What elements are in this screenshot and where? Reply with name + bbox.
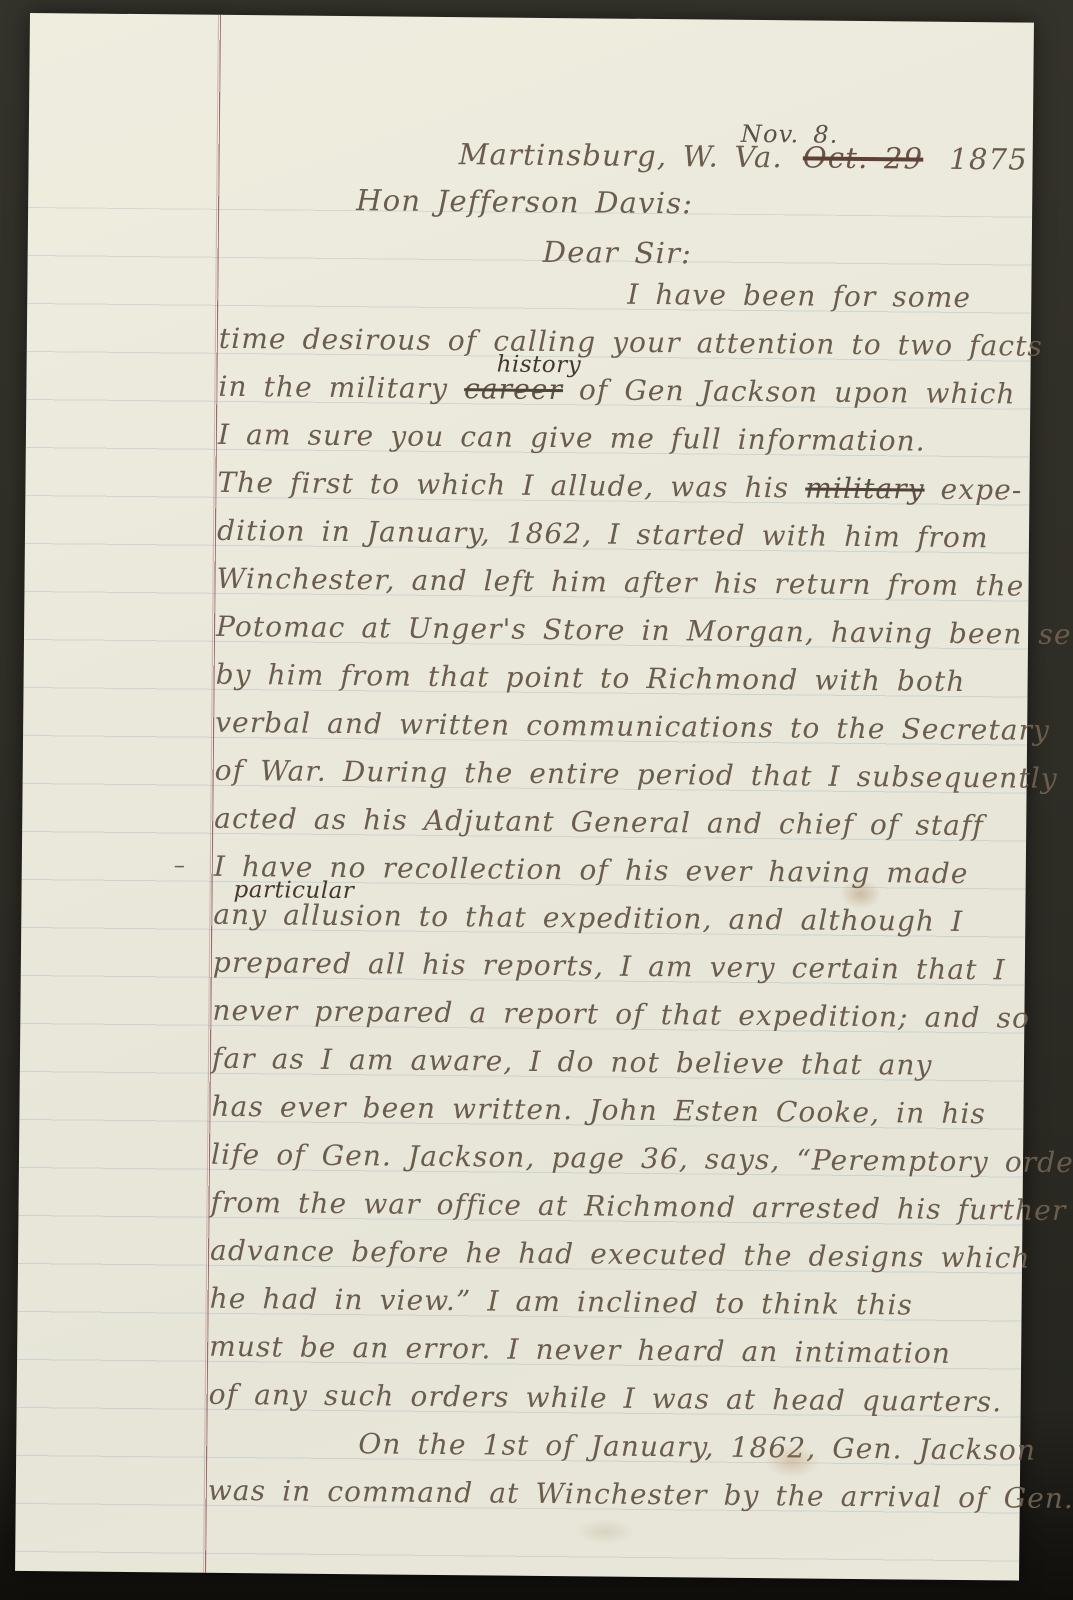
line-text: has ever been written. John Esten Cooke,… (211, 1090, 986, 1130)
place-text: Martinsburg, W. Va. (459, 137, 784, 174)
letter-line: verbal and written communications to the… (215, 701, 1013, 757)
line-text: far as I am aware, I do not believe that… (212, 1042, 933, 1082)
letter-body: I have been for sometime desirous of cal… (208, 269, 1018, 1525)
line-text: he had in view.” I am inclined to think … (210, 1282, 914, 1322)
letter-line: I have been for some (219, 269, 1017, 325)
line-text: verbal and written communications to the… (215, 706, 1050, 747)
line-text: from the war office at Richmond arrested… (210, 1186, 1066, 1227)
line-text: expe- (924, 473, 1022, 507)
struck-word: military (805, 471, 925, 505)
letter-line: never prepared a report of that expediti… (212, 989, 1010, 1045)
line-text: by him from that point to Richmond with … (216, 658, 966, 698)
ink-stain (575, 1518, 635, 1545)
letter-line: Potomac at Unger's Store in Morgan, havi… (216, 605, 1014, 661)
line-text: acted as his Adjutant General and chief … (214, 802, 984, 842)
letter-line: from the war office at Richmond arrested… (210, 1181, 1008, 1237)
line-text: Winchester, and left him after his retur… (216, 562, 1024, 603)
line-text: time desirous of calling your attention … (219, 322, 1043, 363)
line-text: of any such orders while I was at head q… (209, 1378, 1003, 1419)
letter-line: must be an error. I never heard an intim… (209, 1325, 1007, 1381)
letter-line: far as I am aware, I do not believe that… (212, 1037, 1010, 1093)
photo-background: Nov. 8. Martinsburg, W. Va.Oct. 291875 H… (0, 0, 1073, 1600)
line-text: On the 1st of January, 1862, Gen. Jackso… (358, 1427, 1036, 1467)
struck-date: Oct. 29 (803, 140, 924, 175)
line-text: of Gen Jackson upon which (563, 373, 1016, 410)
letter-line: The first to which I allude, was his mil… (217, 461, 1015, 517)
line-text: I have been for some (627, 278, 971, 314)
line-text: The first to which I allude, was his (217, 466, 805, 505)
year-text: 1875 (949, 142, 1028, 177)
letter-line: time desirous of calling your attention … (219, 317, 1017, 373)
letter-paper: Nov. 8. Martinsburg, W. Va.Oct. 291875 H… (15, 13, 1034, 1581)
line-text: never prepared a report of that expediti… (212, 994, 1030, 1035)
line-text: Potomac at Unger's Store in Morgan, havi… (216, 610, 1073, 652)
letter-line: life of Gen. Jackson, page 36, says, “Pe… (211, 1133, 1009, 1189)
letter-line: of any such orders while I was at head q… (208, 1373, 1006, 1429)
letter-line: acted as his Adjutant General and chief … (214, 797, 1012, 853)
letter-line: was in command at Winchester by the arri… (208, 1469, 1006, 1525)
inserted-word: history (497, 353, 582, 377)
date-line: Martinsburg, W. Va.Oct. 291875 (459, 137, 1029, 176)
letter-line: prepared all his reports, I am very cert… (213, 941, 1011, 997)
letter-line: of War. During the entire period that I … (214, 749, 1012, 805)
line-text: must be an error. I never heard an intim… (209, 1330, 951, 1370)
line-text: advance before he had executed the desig… (210, 1234, 1031, 1275)
line-text: I am sure you can give me full informati… (218, 418, 926, 458)
line-text: of War. During the entire period that I … (215, 754, 1058, 795)
letter-line: he had in view.” I am inclined to think … (209, 1277, 1007, 1333)
inserted-word: particular (233, 879, 354, 903)
recipient-line: Hon Jefferson Davis: (356, 183, 693, 220)
salutation-line: Dear Sir: (543, 235, 693, 270)
letter-line: Winchester, and left him after his retur… (216, 557, 1014, 613)
margin-mark: – (174, 844, 187, 888)
letter-line: On the 1st of January, 1862, Gen. Jackso… (208, 1421, 1006, 1477)
line-text: dition in January, 1862, I started with … (217, 514, 989, 554)
line-text: was in command at Winchester by the arri… (208, 1474, 1073, 1515)
line-text: prepared all his reports, I am very cert… (213, 946, 1006, 987)
line-text: life of Gen. Jackson, page 36, says, “Pe… (211, 1138, 1073, 1180)
letter-line: by him from that point to Richmond with … (215, 653, 1013, 709)
letter-line: I am sure you can give me full informati… (218, 413, 1016, 469)
letter-line: in the military career of Gen Jackson up… (218, 365, 1016, 421)
letter-line: advance before he had executed the desig… (210, 1229, 1008, 1285)
line-text: in the military (218, 370, 464, 405)
letter-line: dition in January, 1862, I started with … (217, 509, 1015, 565)
letter-line: has ever been written. John Esten Cooke,… (211, 1085, 1009, 1141)
letter-line: any allusion to that expedition, and alt… (213, 893, 1011, 949)
